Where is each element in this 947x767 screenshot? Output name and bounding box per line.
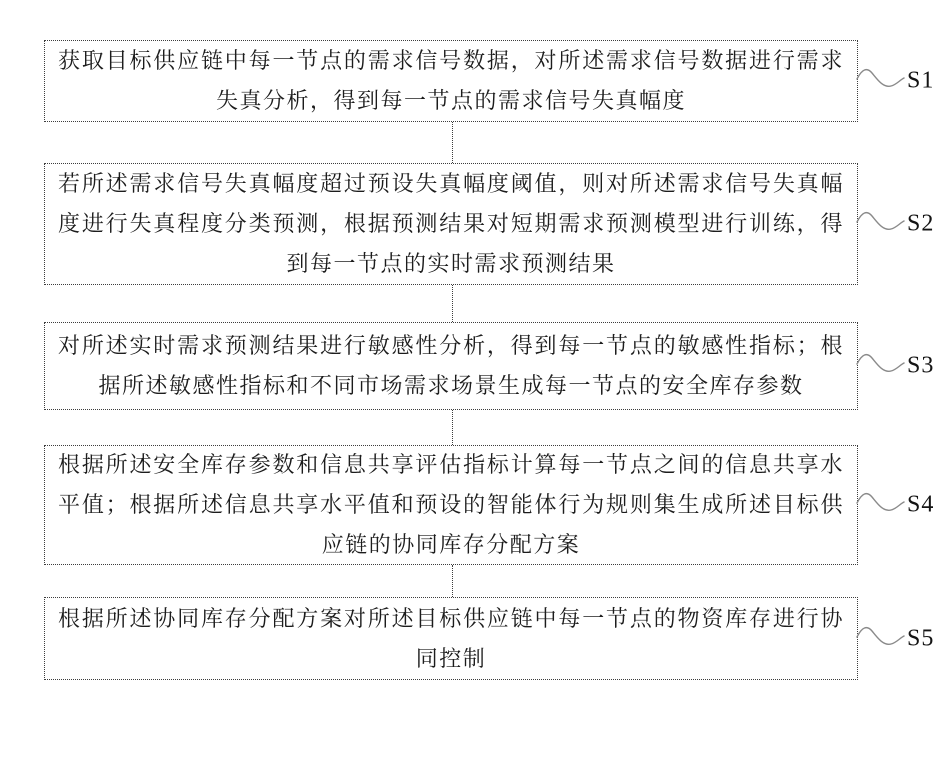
step-box-s2: 若所述需求信号失真幅度超过预设失真幅度阈值，则对所述需求信号失真幅度进行失真程度… bbox=[44, 163, 858, 285]
reference-squiggle-icon bbox=[856, 623, 906, 655]
connector-line-4 bbox=[452, 565, 453, 597]
step-box-s4: 根据所述安全库存参数和信息共享评估指标计算每一节点之间的信息共享水平值；根据所述… bbox=[44, 445, 858, 565]
step-label-s5: S5 bbox=[907, 625, 934, 652]
step-box-s1: 获取目标供应链中每一节点的需求信号数据，对所述需求信号数据进行需求失真分析，得到… bbox=[44, 40, 858, 122]
reference-squiggle-icon bbox=[856, 208, 906, 240]
step-text-s1: 获取目标供应链中每一节点的需求信号数据，对所述需求信号数据进行需求失真分析，得到… bbox=[45, 41, 857, 121]
connector-line-2 bbox=[452, 285, 453, 322]
reference-squiggle-icon bbox=[856, 350, 906, 382]
reference-squiggle-icon bbox=[856, 65, 906, 97]
step-text-s5: 根据所述协同库存分配方案对所述目标供应链中每一节点的物资库存进行协同控制 bbox=[45, 599, 857, 679]
step-text-s3: 对所述实时需求预测结果进行敏感性分析，得到每一节点的敏感性指标；根据所述敏感性指… bbox=[45, 326, 857, 406]
step-text-s2: 若所述需求信号失真幅度超过预设失真幅度阈值，则对所述需求信号失真幅度进行失真程度… bbox=[45, 164, 857, 284]
connector-line-1 bbox=[452, 122, 453, 163]
flow-step-s3: 对所述实时需求预测结果进行敏感性分析，得到每一节点的敏感性指标；根据所述敏感性指… bbox=[44, 322, 947, 410]
step-label-s3: S3 bbox=[907, 353, 934, 380]
flow-step-s5: 根据所述协同库存分配方案对所述目标供应链中每一节点的物资库存进行协同控制 S5 bbox=[44, 597, 947, 680]
step-box-s5: 根据所述协同库存分配方案对所述目标供应链中每一节点的物资库存进行协同控制 bbox=[44, 597, 858, 680]
flow-step-s1: 获取目标供应链中每一节点的需求信号数据，对所述需求信号数据进行需求失真分析，得到… bbox=[44, 40, 947, 122]
step-box-s3: 对所述实时需求预测结果进行敏感性分析，得到每一节点的敏感性指标；根据所述敏感性指… bbox=[44, 322, 858, 410]
step-text-s4: 根据所述安全库存参数和信息共享评估指标计算每一节点之间的信息共享水平值；根据所述… bbox=[45, 445, 857, 565]
flow-step-s4: 根据所述安全库存参数和信息共享评估指标计算每一节点之间的信息共享水平值；根据所述… bbox=[44, 445, 947, 565]
flow-step-s2: 若所述需求信号失真幅度超过预设失真幅度阈值，则对所述需求信号失真幅度进行失真程度… bbox=[44, 163, 947, 285]
flowchart-canvas: 获取目标供应链中每一节点的需求信号数据，对所述需求信号数据进行需求失真分析，得到… bbox=[0, 0, 947, 767]
step-label-s4: S4 bbox=[907, 492, 934, 519]
step-label-s1: S1 bbox=[907, 68, 934, 95]
step-label-s2: S2 bbox=[907, 211, 934, 238]
connector-line-3 bbox=[452, 410, 453, 445]
reference-squiggle-icon bbox=[856, 489, 906, 521]
